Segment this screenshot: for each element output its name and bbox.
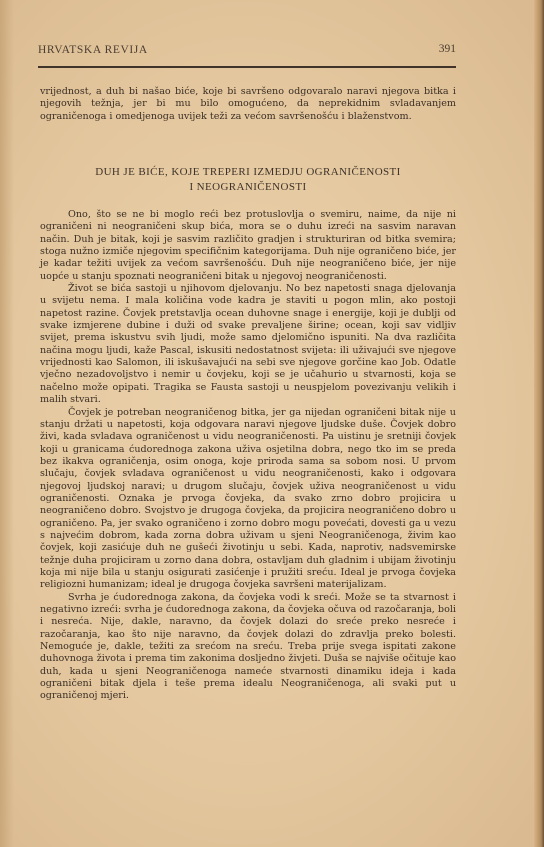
running-title: HRVATSKA REVIJA <box>38 44 148 56</box>
paragraph: Život se bića sastoji u njihovom djelova… <box>40 283 456 406</box>
section-heading: DUH JE BIĆE, KOJE TREPERI IZMEDJU OGRANI… <box>40 165 456 195</box>
paragraph: Ono, što se ne bi moglo reći bez protusl… <box>40 209 456 283</box>
book-page: HRVATSKA REVIJA 391 vrijednost, a duh bi… <box>0 0 544 847</box>
page-edge-shadow <box>534 0 544 847</box>
page-gutter-shadow <box>0 0 14 847</box>
page-number: 391 <box>439 43 456 55</box>
running-header: HRVATSKA REVIJA 391 <box>38 44 456 60</box>
section-heading-line-2: I NEOGRANIČENOSTI <box>40 180 456 195</box>
paragraph: Čovjek je potreban neograničenog bitka, … <box>40 407 456 592</box>
section-body: Ono, što se ne bi moglo reći bez protusl… <box>40 209 456 703</box>
intro-paragraph: vrijednost, a duh bi našao biće, koje bi… <box>40 86 456 123</box>
header-rule <box>38 66 456 68</box>
intro-paragraph-block: vrijednost, a duh bi našao biće, koje bi… <box>40 86 456 123</box>
section-heading-line-1: DUH JE BIĆE, KOJE TREPERI IZMEDJU OGRANI… <box>40 165 456 180</box>
paragraph: Svrha je ćudorednoga zakona, da čovjeka … <box>40 592 456 703</box>
